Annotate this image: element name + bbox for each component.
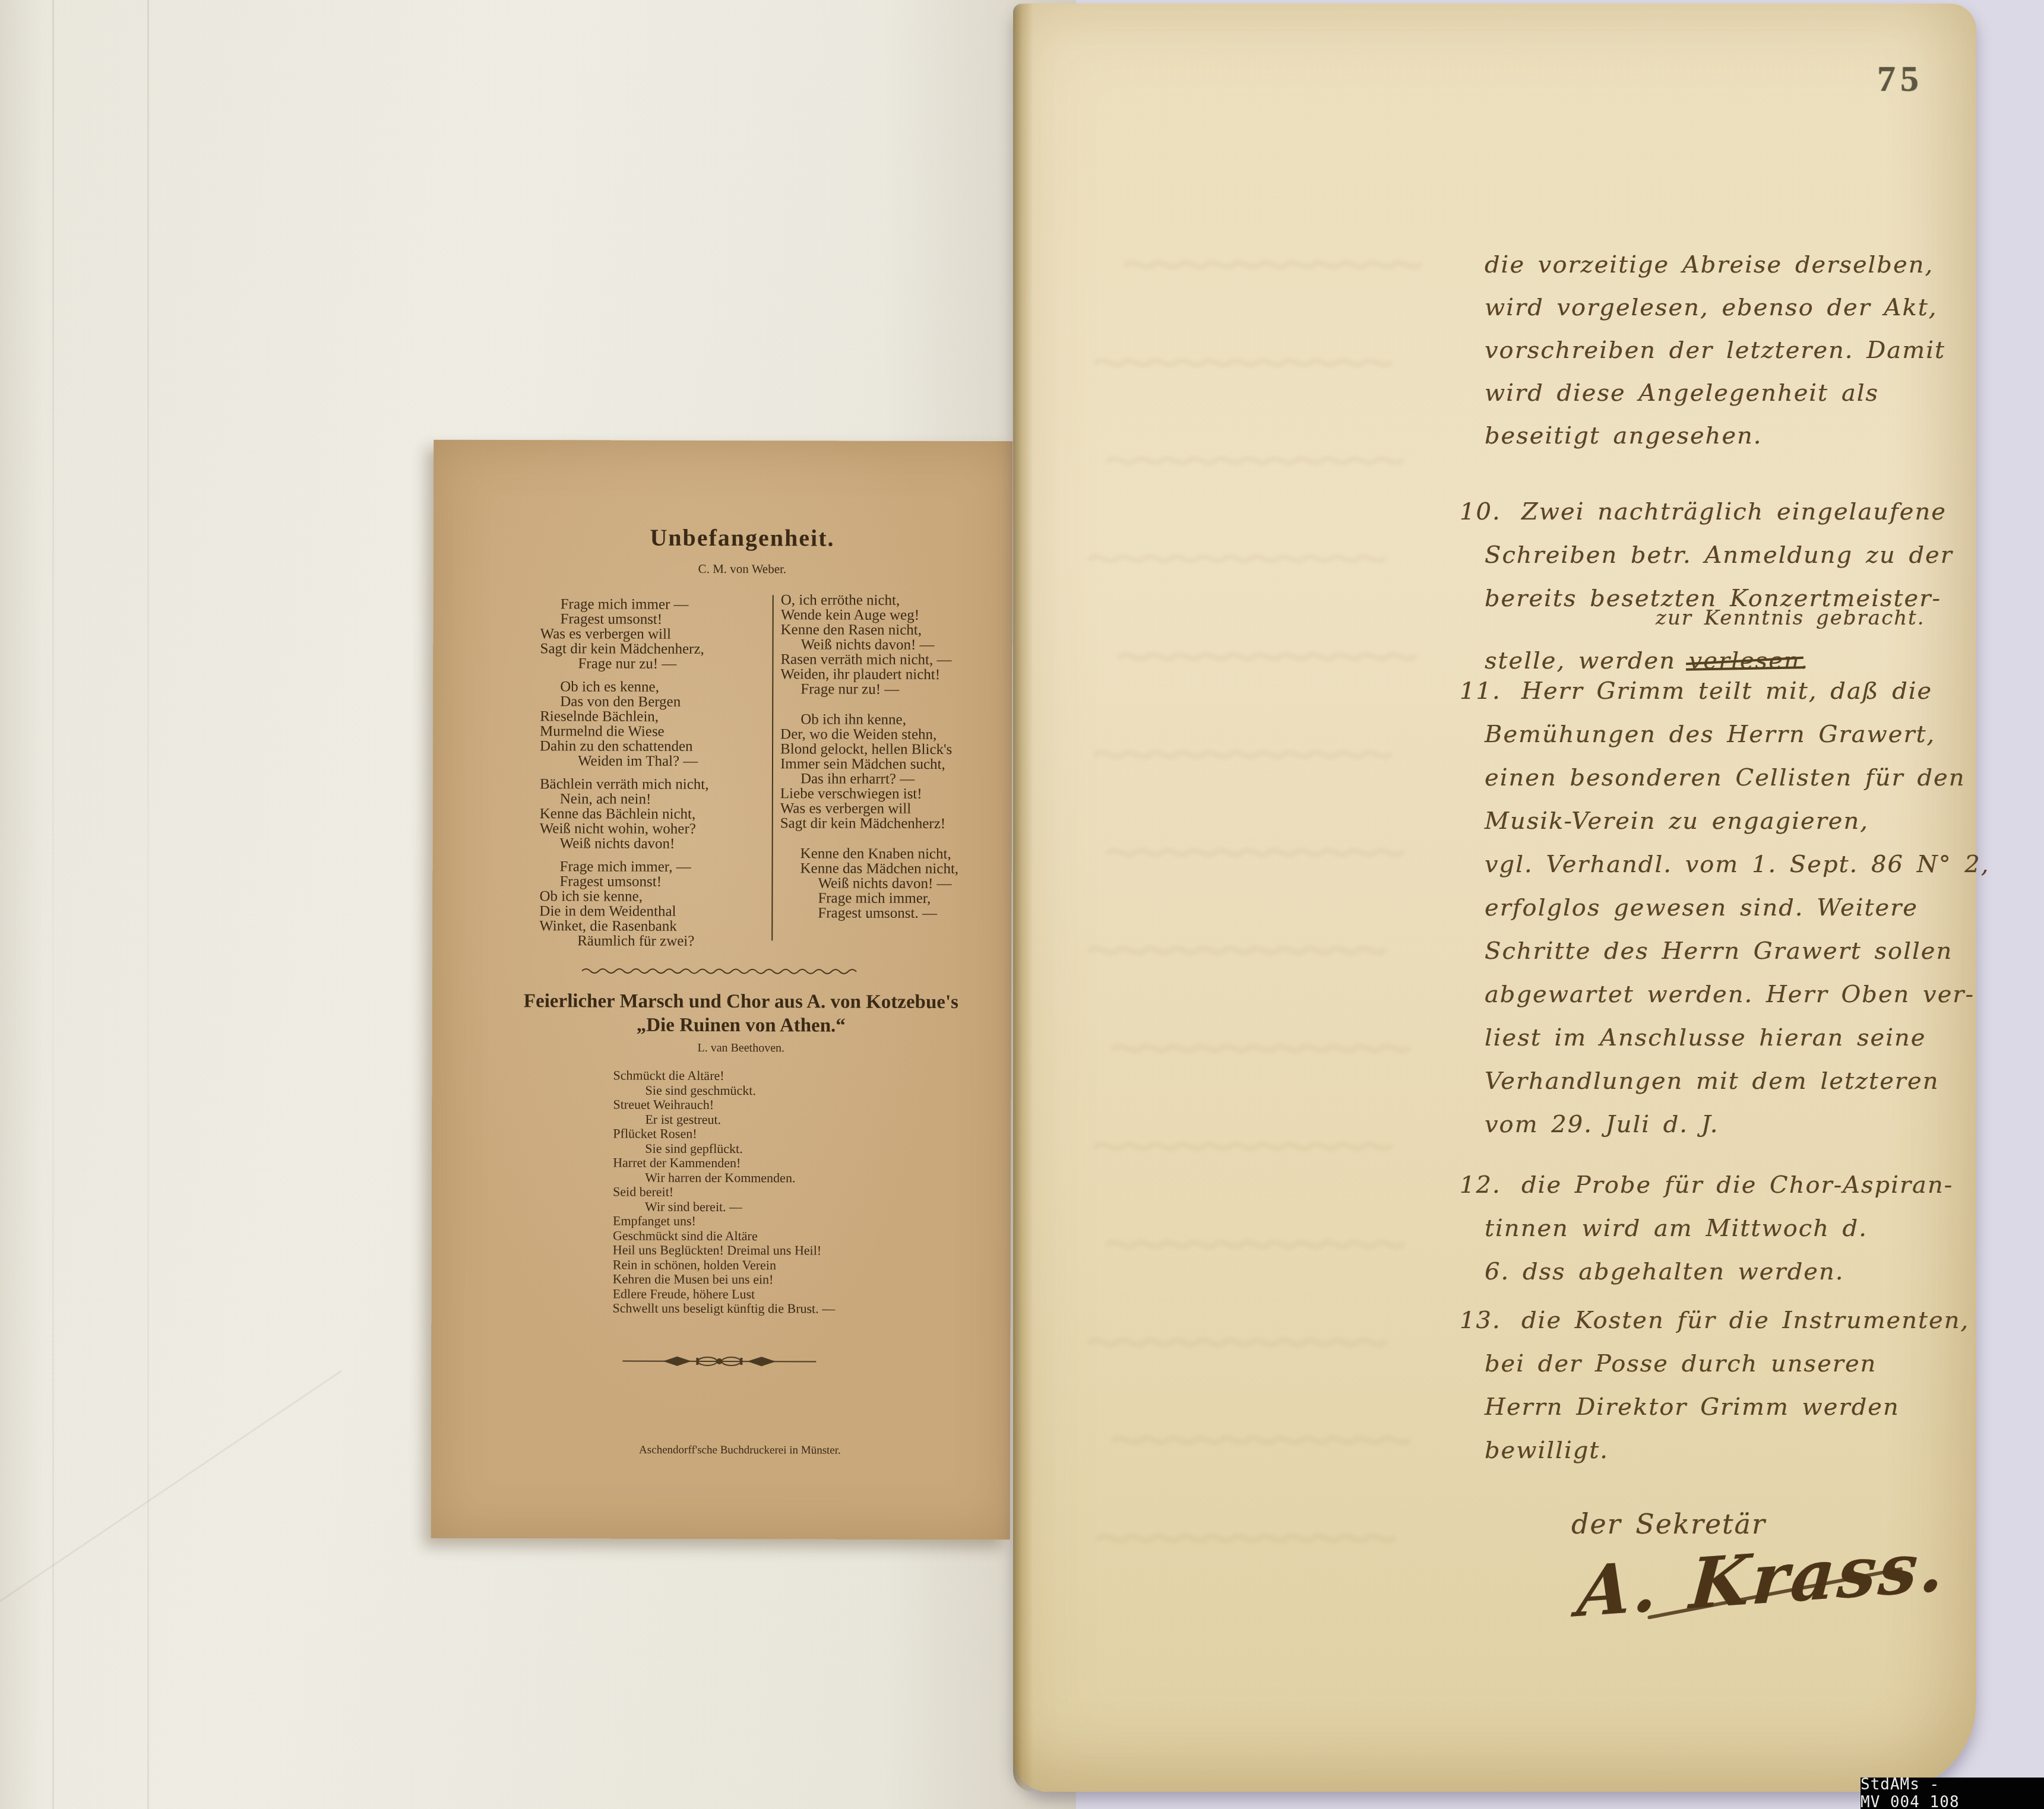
poem-column-left: Frage mich immer — Fragest umsonst! Was …	[539, 597, 709, 957]
stanza: Ob ich ihn kenne, Der, wo die Weiden ste…	[780, 712, 959, 831]
poem-line: Weiß nichts davon!	[540, 836, 709, 851]
manuscript-page: 75 die vorzeitige Abreise derselben, wir…	[1013, 4, 1976, 1792]
item-number: 10.	[1460, 490, 1501, 534]
poem-line: Frage mich immer, —	[540, 859, 709, 875]
poem-line: Was es verbergen will	[780, 801, 959, 816]
song1-columns: Frage mich immer — Fragest umsonst! Was …	[432, 592, 1012, 950]
paper-fold-line	[52, 0, 54, 1809]
poem-line: Seid bereit!	[613, 1185, 836, 1200]
manuscript-line: Zwei nachträglich eingelaufene	[1521, 490, 1970, 534]
poem-line: Weiß nichts davon! —	[780, 637, 959, 652]
minute-item-10: 10. Zwei nachträglich eingelaufene Schre…	[1460, 490, 1970, 683]
poem-line: Der, wo die Weiden stehn,	[780, 727, 959, 742]
poem-line: Frage mich immer,	[780, 891, 958, 906]
minute-item-11: 11. Herr Grimm teilt mit, daß die Bemühu…	[1460, 670, 1970, 1146]
song1-title: Unbefangenheit.	[469, 523, 1015, 552]
manuscript-line: bei der Posse durch unseren	[1485, 1342, 1970, 1386]
poem-line: Weiden im Thal? —	[540, 753, 709, 769]
manuscript-line: Verhandlungen mit dem letzteren	[1485, 1060, 1970, 1103]
poem-line: Bächlein verräth mich nicht,	[540, 777, 709, 792]
poem-line: Frage mich immer —	[540, 597, 710, 612]
manuscript-line: erfolglos gewesen sind. Weitere	[1485, 886, 1970, 930]
manuscript-line: Herr Grimm teilt mit, daß die	[1521, 670, 1970, 713]
item-number: 13.	[1460, 1299, 1501, 1342]
poem-line: Kehren die Musen bei uns ein!	[613, 1272, 836, 1287]
manuscript-line: vgl. Verhandl. vom 1. Sept. 86 N° 2,	[1485, 843, 1970, 886]
poem-line: Ob ich es kenne,	[540, 679, 709, 695]
manuscript-line: wird vorgelesen, ebenso der Akt,	[1485, 286, 1983, 329]
manuscript-paragraph: die vorzeitige Abreise derselben, wird v…	[1485, 243, 1983, 457]
column-divider	[771, 595, 774, 940]
poem-line: Murmelnd die Wiese	[540, 724, 709, 739]
manuscript-line: 6. dss abgehalten werden.	[1485, 1250, 1970, 1294]
wavy-divider	[581, 966, 860, 975]
poem-line: Kenne das Mädchen nicht,	[780, 861, 959, 876]
printer-imprint: Aschendorff'sche Buchdruckerei in Münste…	[467, 1443, 1013, 1458]
manuscript-line: Herrn Direktor Grimm werden	[1485, 1386, 1970, 1429]
minute-item-13: 13. die Kosten für die Instrumenten, bei…	[1460, 1299, 1970, 1472]
poem-line: Sagt dir kein Mädchenherz,	[540, 641, 709, 657]
song2-title: Feierlicher Marsch und Chor aus A. von K…	[468, 989, 1014, 1038]
poem-line: Dahin zu den schattenden	[540, 739, 709, 754]
poem-line: Kenne das Bächlein nicht,	[540, 806, 709, 822]
poem-line: Winket, die Rasenbank	[539, 918, 708, 934]
item-number: 11.	[1460, 670, 1501, 713]
item-number: 12.	[1460, 1164, 1501, 1207]
poem-line: Kenne den Knaben nicht,	[780, 846, 959, 861]
poem-line: Nein, ach nein!	[540, 791, 709, 807]
manuscript-line: vom 29. Juli d. J.	[1485, 1103, 1970, 1146]
poem-line: Frage nur zu! —	[780, 682, 959, 697]
manuscript-line: Schreiben betr. Anmeldung zu der	[1485, 534, 1970, 577]
song2-composer: L. van Beethoven.	[468, 1041, 1014, 1056]
poem-line: Sagt dir kein Mädchenherz!	[780, 816, 959, 831]
song2-title-line1: Feierlicher Marsch und Chor aus A. von K…	[468, 989, 1014, 1014]
poem-line: Blond gelockt, hellen Blick's	[780, 742, 959, 757]
manuscript-line: liest im Anschlusse hieran seine	[1485, 1016, 1970, 1060]
manuscript-line: Musik-Verein zu engagieren,	[1485, 800, 1970, 843]
insertion-note: zur Kenntnis gebracht.	[1656, 608, 1925, 628]
poem-line: Kenne den Rasen nicht,	[781, 622, 960, 638]
stanza: Kenne den Knaben nicht, Kenne das Mädche…	[780, 846, 958, 921]
manuscript-line: einen besonderen Cellisten für den	[1485, 756, 1970, 800]
manuscript-line: die Probe für die Chor-Aspiran-	[1521, 1164, 1970, 1207]
poem-line: Rasen verräth mich nicht, —	[780, 652, 959, 667]
manuscript-line: die Kosten für die Instrumenten,	[1521, 1299, 1970, 1342]
poem-line: Das ihn erharrt? —	[780, 771, 959, 787]
poem-line: Wir sind bereit. —	[613, 1199, 836, 1214]
manuscript-line: vorschreiben der letzteren. Damit	[1485, 329, 1983, 372]
paper-fold-line	[147, 0, 149, 1809]
poem-line: Sie sind geschmückt.	[613, 1083, 836, 1098]
poem-line: Rein in schönen, holden Verein	[613, 1257, 836, 1272]
manuscript-line: Schritte des Herrn Grawert sollen	[1485, 930, 1970, 973]
minute-item-12: 12. die Probe für die Chor-Aspiran- tinn…	[1460, 1164, 1970, 1294]
printed-program-leaflet: Unbefangenheit. C. M. von Weber. Frage m…	[431, 440, 1013, 1540]
stanza: Bächlein verräth mich nicht, Nein, ach n…	[540, 777, 709, 851]
poem-line: Geschmückt sind die Altäre	[613, 1228, 836, 1243]
manuscript-line: Bemühungen des Herrn Grawert,	[1485, 713, 1970, 756]
poem-line: Frage nur zu! —	[540, 656, 709, 671]
poem-line: Was es verbergen will	[540, 626, 710, 642]
poem-line: Heil uns Beglückten! Dreimal uns Heil!	[613, 1243, 836, 1258]
poem-line: Weiß nichts davon! —	[780, 876, 958, 891]
poem-line: Empfanget uns!	[613, 1214, 836, 1229]
poem-line: Das von den Bergen	[540, 694, 709, 709]
poem-line: Fragest umsonst!	[540, 612, 710, 627]
poem-line: Weiden, ihr plaudert nicht!	[780, 667, 959, 682]
stanza: Frage mich immer, — Fragest umsonst! Ob …	[539, 859, 708, 949]
manuscript-line: beseitigt angesehen.	[1485, 414, 1983, 457]
poem-line: Er ist gestreut.	[613, 1112, 836, 1127]
poem-line: Weiß nicht wohin, woher?	[540, 821, 709, 837]
song1-composer: C. M. von Weber.	[469, 561, 1015, 577]
page-spine-shadow	[1013, 4, 1033, 1792]
manuscript-line: tinnen wird am Mittwoch d.	[1485, 1207, 1970, 1250]
poem-line: Fragest umsonst!	[539, 874, 708, 889]
ornament-divider	[621, 1354, 817, 1370]
paper-crease	[0, 1370, 342, 1624]
poem-line: Pflücket Rosen!	[613, 1127, 836, 1142]
poem-line: Fragest umsonst. —	[780, 905, 958, 921]
poem-line: Ob ich ihn kenne,	[780, 712, 959, 727]
poem-line: Harret der Kammenden!	[613, 1156, 836, 1171]
poem-line: Liebe verschwiegen ist!	[780, 786, 959, 801]
poem-line: Sie sind gepflückt.	[613, 1141, 836, 1156]
poem-line: Wir harren der Kommenden.	[613, 1170, 836, 1185]
manuscript-line: abgewartet werden. Herr Oben ver-	[1485, 973, 1970, 1016]
secretary-signature: A. Krass.	[1575, 1526, 1949, 1633]
stanza: O, ich erröthe nicht, Wende kein Auge we…	[780, 593, 959, 697]
manuscript-line: die vorzeitige Abreise derselben,	[1485, 243, 1983, 286]
poem-line: Wende kein Auge weg!	[781, 607, 960, 623]
poem-line: Schmückt die Altäre!	[613, 1069, 836, 1084]
folio-number: 75	[1877, 58, 1923, 100]
song2-poem: Schmückt die Altäre! Sie sind geschmückt…	[613, 1069, 836, 1316]
poem-line: Edlere Freude, höhere Lust	[613, 1287, 836, 1301]
poem-line: Die in dem Weidenthal	[539, 904, 708, 919]
poem-line: Immer sein Mädchen sucht,	[780, 756, 959, 772]
poem-line: Schwellt uns beseligt künftig die Brust.…	[613, 1301, 836, 1316]
manuscript-line: bewilligt.	[1485, 1429, 1970, 1472]
poem-line: Streuet Weihrauch!	[613, 1098, 836, 1113]
stanza: Ob ich es kenne, Das von den Bergen Ries…	[540, 679, 709, 769]
poem-line: Ob ich sie kenne,	[539, 889, 708, 904]
manuscript-line: wird diese Angelegenheit als	[1485, 372, 1983, 414]
archive-label: StdAMs - MV_004_108	[1861, 1778, 2044, 1809]
stanza: Frage mich immer — Fragest umsonst! Was …	[540, 597, 709, 671]
ghost-bleedthrough-text	[1084, 241, 1476, 1666]
poem-line: Rieselnde Bächlein,	[540, 709, 709, 724]
poem-line: O, ich erröthe nicht,	[781, 593, 960, 608]
poem-line: Räumlich für zwei?	[539, 933, 708, 949]
secretary-role: der Sekretär	[1571, 1508, 1766, 1540]
song2-title-line2: „Die Ruinen von Athen.“	[468, 1013, 1014, 1038]
poem-column-right: O, ich erröthe nicht, Wende kein Auge we…	[780, 593, 959, 936]
